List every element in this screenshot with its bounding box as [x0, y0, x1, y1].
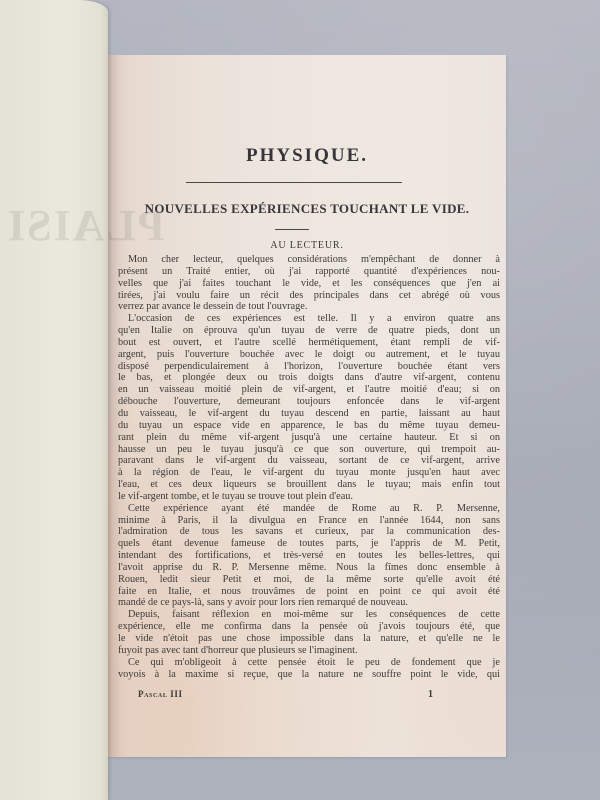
text-line: mandé de ce pays-là, sans y avoir pour l…	[118, 597, 500, 609]
text-line: rant plein du même vif-argent jusqu'à un…	[118, 432, 500, 444]
page-title: PHYSIQUE.	[116, 145, 498, 167]
text-line: intendant des fortifications, et très-ve…	[118, 550, 500, 562]
paragraph: Ce qui m'obligeoit à cette pensée étoit …	[118, 657, 500, 681]
text-line: velles que j'ai faites touchant le vide,…	[118, 278, 500, 290]
text-line: le vif-argent tombe, et le tuyau se trou…	[118, 491, 500, 503]
text-line: qu'en Italie on éprouva qu'un tuyau de v…	[118, 325, 500, 337]
facing-page-show-through-text: PLAISI	[6, 200, 165, 251]
text-line: verrez par avance le dessein de tout l'o…	[118, 301, 500, 313]
subtitle-rule	[275, 229, 309, 230]
section-heading: AU LECTEUR.	[116, 240, 498, 251]
text-line: fuyoit pas avec tant d'horreur que plusi…	[118, 645, 500, 657]
paragraph: Mon cher lecteur, quelques considération…	[118, 254, 500, 313]
text-line: tirées, j'ai voulu faire un récit des pr…	[118, 290, 500, 302]
text-line: du vaisseau, le vif-argent du tuyau desc…	[118, 408, 500, 420]
text-line: l'eau, et ces deux liqueurs se brouillen…	[118, 479, 500, 491]
text-line: du tuyau un espace vide en apparence, le…	[118, 420, 500, 432]
text-line: présent un Traité entier, où j'ai rappor…	[118, 266, 500, 278]
page-content: PHYSIQUE. NOUVELLES EXPÉRIENCES TOUCHANT…	[116, 55, 498, 757]
text-line: débouche l'ouverture, demeurant toujours…	[118, 396, 500, 408]
text-line: expérience, elle me confirma dans la pen…	[118, 621, 500, 633]
footer-signature: Pascal III	[138, 689, 183, 699]
text-line: hausse un peu le tuyau jusqu'à ce que so…	[118, 444, 500, 456]
text-line: argent, puis l'ouverture bouchée avec le…	[118, 349, 500, 361]
text-line: voyois à la maxime si reçue, que la natu…	[118, 669, 500, 681]
text-line: Cette expérience ayant été mandée de Rom…	[118, 503, 500, 515]
text-line: Mon cher lecteur, quelques considération…	[118, 254, 500, 266]
text-line: Rouen, ledit sieur Petit et moi, de la m…	[118, 574, 500, 586]
title-rule	[186, 182, 402, 183]
text-line: bout est ouvert, et l'autre scellé hermé…	[118, 337, 500, 349]
paragraph: L'occasion de ces expériences est telle.…	[118, 313, 500, 503]
text-line: quels étant devenue fameuse de toutes pa…	[118, 538, 500, 550]
text-line: le vide n'étoit pas une chose impossible…	[118, 633, 500, 645]
paragraph: Depuis, faisant réflexion en moi-même su…	[118, 609, 500, 656]
text-line: L'occasion de ces expériences est telle.…	[118, 313, 500, 325]
body-text: Mon cher lecteur, quelques considération…	[118, 254, 500, 680]
facing-page: PLAISI	[0, 0, 108, 800]
text-line: en un vaisseau moitié plein de vif-argen…	[118, 384, 500, 396]
page-number: 1	[428, 689, 433, 700]
text-line: à la région de l'eau, le vif-argent du t…	[118, 467, 500, 479]
text-line: disposé perpendiculairement à l'horizon,…	[118, 361, 500, 373]
text-line: Ce qui m'obligeoit à cette pensée étoit …	[118, 657, 500, 669]
text-line: faite en Italie, et nous trouvâmes de po…	[118, 586, 500, 598]
text-line: l'avoit apprise du R. P. Mersenne même. …	[118, 562, 500, 574]
paragraph: Cette expérience ayant été mandée de Rom…	[118, 503, 500, 610]
text-line: Depuis, faisant réflexion en moi-même su…	[118, 609, 500, 621]
book-page: PHYSIQUE. NOUVELLES EXPÉRIENCES TOUCHANT…	[106, 55, 506, 757]
text-line: paravant dans le vif-argent du vaisseau,…	[118, 455, 500, 467]
text-line: l'admiration de tous les savans et curie…	[118, 526, 500, 538]
chapter-subtitle: NOUVELLES EXPÉRIENCES TOUCHANT LE VIDE.	[116, 201, 498, 217]
text-line: le bas, et plongée deux ou trois doigts …	[118, 372, 500, 384]
text-line: minime à Paris, il la divulgua en France…	[118, 515, 500, 527]
